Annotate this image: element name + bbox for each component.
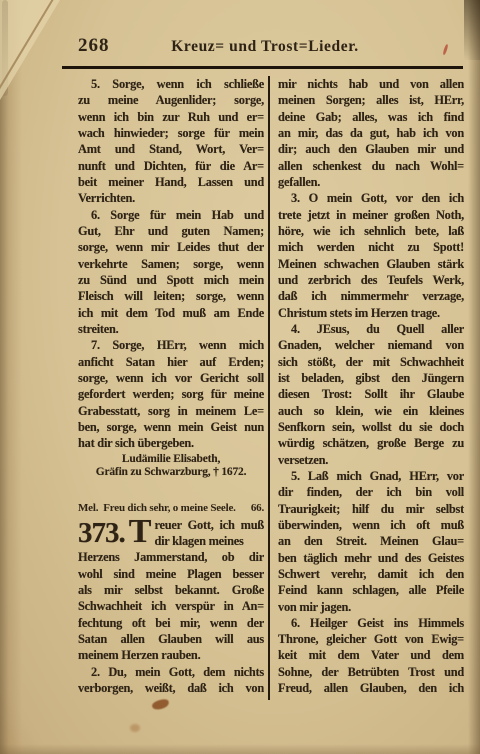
text-line: sorge, wenn mir Leides thut der [78,239,264,255]
text-line: und zerbrich des Teufels Werk, [278,272,464,288]
text-line: beit meiner Hand, Lassen und [78,174,264,190]
melody-tune-number: 66. [251,501,264,515]
right-edge-shadow [468,0,480,754]
text-line: nunft und Dichten, für die Ar= [78,158,264,174]
text-line: Traurigkeit; hilf du mir selbst [278,501,464,517]
text-line: meinem Herzen rauben. [78,647,264,663]
verse: 2. Du, mein Gott, dem nichtsverborgen, w… [78,664,264,697]
text-line: deine Gab; alles, was ich find [278,109,464,125]
text-line: würdig schätzen, große Berge zu [278,435,464,451]
text-line: Satan allen Glauben will aus [78,631,264,647]
text-line: gefallen. [278,174,464,190]
hymn-first-lines: reuer Gott, ich muß dir klagen meines [154,517,264,550]
text-line: dir; auch den Glauben mir und [278,141,464,157]
text-line: 2. Du, mein Gott, dem nichts [78,664,264,680]
running-title: Kreuz= und Trost=Lieder. [150,38,380,56]
text-line: 5. Laß mich Gnad, HErr, vor [278,468,464,484]
verse: 5. Laß mich Gnad, HErr, vordir finden, d… [278,468,464,615]
text-line: Amt und Stand, Wort, Ver= [78,141,264,157]
text-line: keit mit dem Vater und dem [278,647,464,663]
right-top-shadow [464,0,480,60]
text-line: Sohne, der Betrübten Trost und [278,664,464,680]
left-column: 5. Sorge, wenn ich schließezu meine Auge… [78,76,264,696]
text-line: Throne, gleicher Gott von Ewig= [278,631,464,647]
text-line: dir finden, der ich bin voll [278,484,464,500]
text-line: zu meine Augenlider; sorge, [78,92,264,108]
verse: 5. Sorge, wenn ich schließezu meine Auge… [78,76,264,207]
text-line: sorge, wenn ich vor Gericht soll [78,370,264,386]
text-line: Grabesstatt, sorg in meinem Le= [78,403,264,419]
text-line: mir nichts hab und von allen [278,76,464,92]
text-line: Gut, Ehr und guten Namen; [78,223,264,239]
text-line: 3. O mein Gott, vor den ich [278,190,464,206]
text-line: an mir, das da gut, hab ich von [278,125,464,141]
text-line: Herzens Jammerstand, ob dir [78,549,264,565]
verse: 3. O mein Gott, vor den ichtrete jetzt i… [278,190,464,321]
left-column-verses: 5. Sorge, wenn ich schließezu meine Auge… [78,76,264,452]
text-line: streiten. [78,321,264,337]
text-line: ben täglich mehr und des Geistes [278,550,464,566]
text-line: hat dir sich übergeben. [78,435,264,451]
text-line: Gräfin zu Schwarzburg, † 1672. [78,466,264,480]
text-line: 7. Sorge, HErr, wenn mich [78,337,264,353]
verse: 6. Heilger Geist ins HimmelsThrone, glei… [278,615,464,697]
text-line: versetzen. [278,452,464,468]
text-line: Schwachheit ich verspür in An= [78,598,264,614]
verse: 6. Sorge für mein Hab undGut, Ehr und gu… [78,207,264,338]
text-line: auch so klein, wie ein kleines [278,403,464,419]
text-line: zu Sünd und Spott mich mein [78,272,264,288]
melody-indication: Mel. Freu dich sehr, o meine Seele. 66. [78,501,264,515]
text-line: sich stößt, der mit Schwachheit [278,354,464,370]
verse: 7. Sorge, HErr, wenn michanficht Satan h… [78,337,264,451]
text-line: gefordert werden; sorg für meine [78,386,264,402]
bottom-edge-shadow [0,744,480,754]
ink-stain [151,698,170,711]
header-rule [62,66,463,69]
text-line: ist beladen, gibst den Jüngern [278,370,464,386]
text-line: trete jetzt in meiner großen Noth, [278,207,464,223]
text-line: reuer Gott, ich muß [154,517,264,533]
text-line: 4. JEsus, du Quell aller [278,321,464,337]
text-line: Verrichten. [78,190,264,206]
text-line: mich werden nicht zu Spott! [278,239,464,255]
text-line: Freud, allen Glauben, den ich [278,680,464,696]
text-line: höre, wie ich sehnlich bete, laß [278,223,464,239]
text-line: von mir jagen. [278,599,464,615]
text-line: 6. Sorge für mein Hab und [78,207,264,223]
text-line: anficht Satan hier auf Erden; [78,354,264,370]
text-line: diesen Trost: Sollt ihr Glaube [278,386,464,402]
right-column-verses: mir nichts hab und von allenmeinen Sorge… [278,76,464,696]
text-line: Gnaden, welcher niemand von [278,337,464,353]
author-attribution: Ludämilie Elisabeth,Gräfin zu Schwarzbur… [78,453,264,480]
hymnal-page-scan: 268 Kreuz= und Trost=Lieder. 5. Sorge, w… [0,0,480,754]
text-line: Meinen schwachen Glauben stärk [278,256,464,272]
text-line: Senfkorn sein, wollst du sie doch [278,419,464,435]
verse: 4. JEsus, du Quell allerGnaden, welcher … [278,321,464,468]
text-line: Ludämilie Elisabeth, [78,453,264,467]
corner-fold [0,0,60,100]
text-line: als mir selbst bekannt. Große [78,582,264,598]
paper-stain [130,724,140,732]
text-line: wohl sind meine Plagen besser [78,566,264,582]
text-line: 6. Heilger Geist ins Himmels [278,615,464,631]
red-pen-mark [442,44,448,55]
verse: Herzens Jammerstand, ob dirwohl sind mei… [78,549,264,663]
text-line: fechtung oft bei mir, wenn der [78,615,264,631]
binding-shadow [0,0,22,754]
text-line: daß ich nimmermehr verzage, [278,288,464,304]
hymn-initial-capital: T [129,517,155,550]
melody-label: Mel. [78,501,98,515]
text-line: Fleisch will leiten; sorge, wenn [78,288,264,304]
melody-title: Freu dich sehr, o meine Seele. [103,501,251,515]
hymn-373-opening: 373. T reuer Gott, ich muß dir klagen me… [78,517,264,550]
text-line: an den Streit. Meinen Glau= [278,533,464,549]
text-line: Christum stets im Herzen trage. [278,305,464,321]
text-line: Feind kann schlagen, alle Pfeile [278,582,464,598]
text-line: allen schenkest du nach Wohl= [278,158,464,174]
text-line: verkehrte Samen; sorge, wenn [78,256,264,272]
text-line: überwinden, wenn ich oft muß [278,517,464,533]
hymn-373-continuation: Herzens Jammerstand, ob dirwohl sind mei… [78,549,264,696]
text-line: 5. Sorge, wenn ich schließe [78,76,264,92]
text-line: wenn ich bin zur Ruh und er= [78,109,264,125]
text-line: dir klagen meines [154,533,264,549]
text-line: meinen Sorgen; alles ist, HErr, [278,92,464,108]
text-line: verborgen, weißt, daß ich von [78,680,264,696]
text-line: ben, sorge, wenn mein Geist nun [78,419,264,435]
text-line: wach hinwieder; sorge für mein [78,125,264,141]
column-divider [268,76,270,700]
page-number: 268 [78,35,110,57]
hymn-number: 373. [78,517,129,550]
verse: mir nichts hab und von allenmeinen Sorge… [278,76,464,190]
right-column: mir nichts hab und von allenmeinen Sorge… [278,76,464,696]
text-line: ich mit dem Tod muß am Ende [78,305,264,321]
text-line: Schwert verehr, damit ich den [278,566,464,582]
